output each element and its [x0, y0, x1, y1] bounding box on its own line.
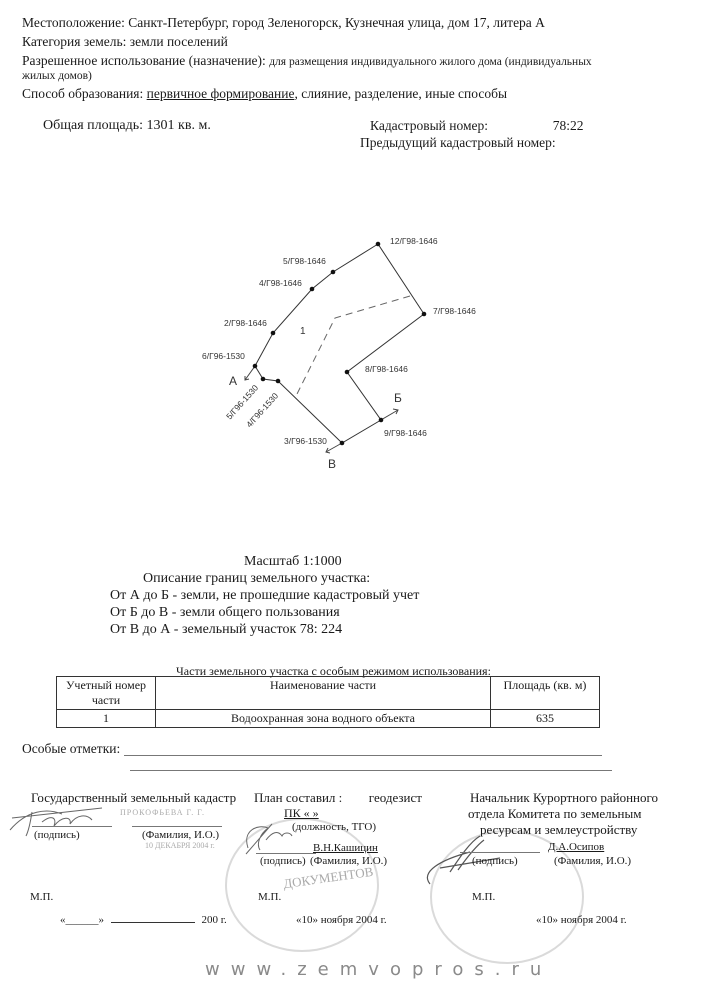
head-title-1: Начальник Курортного районного: [470, 790, 658, 806]
boundary-points: [253, 242, 427, 446]
header-area: Площадь (кв. м): [491, 677, 600, 710]
point-label: 3/Г96-1530: [284, 436, 327, 446]
cadastre-sign-caption: (подпись): [34, 829, 80, 841]
point-label: 8/Г98-1646: [365, 364, 408, 374]
point-labels: 12/Г98-16465/Г98-16464/Г98-16462/Г98-164…: [202, 236, 476, 446]
head-sign-caption: (подпись): [472, 855, 518, 867]
signature-surveyor-icon: [238, 820, 308, 856]
parcel-boundary: [255, 244, 424, 443]
boundary-point: [271, 331, 276, 336]
cadastre-name-stamp: ПРОКОФЬЕВА Г. Г.: [120, 808, 205, 817]
parts-table: Учетный номер части Наименование части П…: [56, 676, 600, 728]
boundary-point: [276, 379, 281, 384]
surveyor-name: В.Н.Кашицин: [313, 842, 378, 854]
boundary-line-3: От В до А - земельный участок 78: 224: [110, 622, 342, 638]
marker-a: А: [229, 374, 237, 388]
marker-v: В: [328, 457, 336, 471]
point-label: 6/Г96-1530: [202, 351, 245, 361]
boundary-line-2: От Б до В - земли общего пользования: [110, 605, 340, 621]
point-label: 7/Г98-1646: [433, 306, 476, 316]
point-label: 2/Г98-1646: [224, 318, 267, 328]
cadastre-date: «______» 200 г.: [60, 914, 227, 926]
cadastre-seal-label: М.П.: [30, 891, 53, 903]
head-name-caption: (Фамилия, И.О.): [554, 855, 631, 867]
marker-b: Б: [394, 391, 402, 405]
cadastre-name-caption: (Фамилия, И.О.): [142, 829, 219, 841]
scale-label: Масштаб 1:1000: [244, 554, 342, 570]
site-watermark: www.zemvopros.ru: [205, 959, 552, 980]
table-header-row: Учетный номер части Наименование части П…: [57, 677, 600, 710]
surveyor-seal-label: М.П.: [258, 891, 281, 903]
notes-line-2: [130, 770, 612, 771]
cadastre-date-stamp: 10 ДЕКАБРЯ 2004 г.: [145, 841, 215, 850]
surveyor-sign-caption: (подпись): [260, 855, 306, 867]
special-notes-label: Особые отметки:: [22, 741, 120, 757]
surveyor-name-caption: (Фамилия, И.О.): [310, 855, 387, 867]
head-seal-label: М.П.: [472, 891, 495, 903]
boundary-point: [331, 270, 336, 275]
surveyor-title: План составил : геодезист: [254, 790, 422, 806]
boundary-point: [345, 370, 350, 375]
part-number-label: 1: [300, 326, 306, 337]
water-zone-boundary: [295, 296, 410, 398]
surveyor-date: «10» ноября 2004 г.: [296, 914, 387, 926]
header-part-name: Наименование части: [156, 677, 491, 710]
cadastre-sign-line: [32, 826, 112, 827]
notes-line-1: [124, 755, 602, 756]
head-title-2: отдела Комитета по земельным: [468, 806, 641, 822]
cell-area: 635: [491, 710, 600, 728]
surveyor-sign-line: [256, 853, 316, 854]
boundary-line-1: От А до Б - земли, не прошедшие кадастро…: [110, 588, 419, 604]
header-part-number: Учетный номер части: [57, 677, 156, 710]
cadastre-name-line: [132, 826, 222, 827]
boundary-point: [261, 377, 266, 382]
point-label: 4/Г98-1646: [259, 278, 302, 288]
point-label: 9/Г98-1646: [384, 428, 427, 438]
boundary-point: [310, 287, 315, 292]
boundary-description-title: Описание границ земельного участка:: [143, 571, 370, 587]
cell-part-number: 1: [57, 710, 156, 728]
point-label: 5/Г98-1646: [283, 256, 326, 266]
point-label: 12/Г98-1646: [390, 236, 438, 246]
boundary-point: [253, 364, 258, 369]
surveyor-org: ПК « »: [284, 806, 319, 821]
boundary-point: [340, 441, 345, 446]
cell-part-name: Водоохранная зона водного объекта: [156, 710, 491, 728]
head-name: Д.А.Осипов: [548, 841, 604, 853]
head-sign-line: [460, 852, 540, 853]
boundary-point: [376, 242, 381, 247]
head-date: «10» ноября 2004 г.: [536, 914, 627, 926]
boundary-point: [422, 312, 427, 317]
boundary-point: [379, 418, 384, 423]
table-row: 1 Водоохранная зона водного объекта 635: [57, 710, 600, 728]
